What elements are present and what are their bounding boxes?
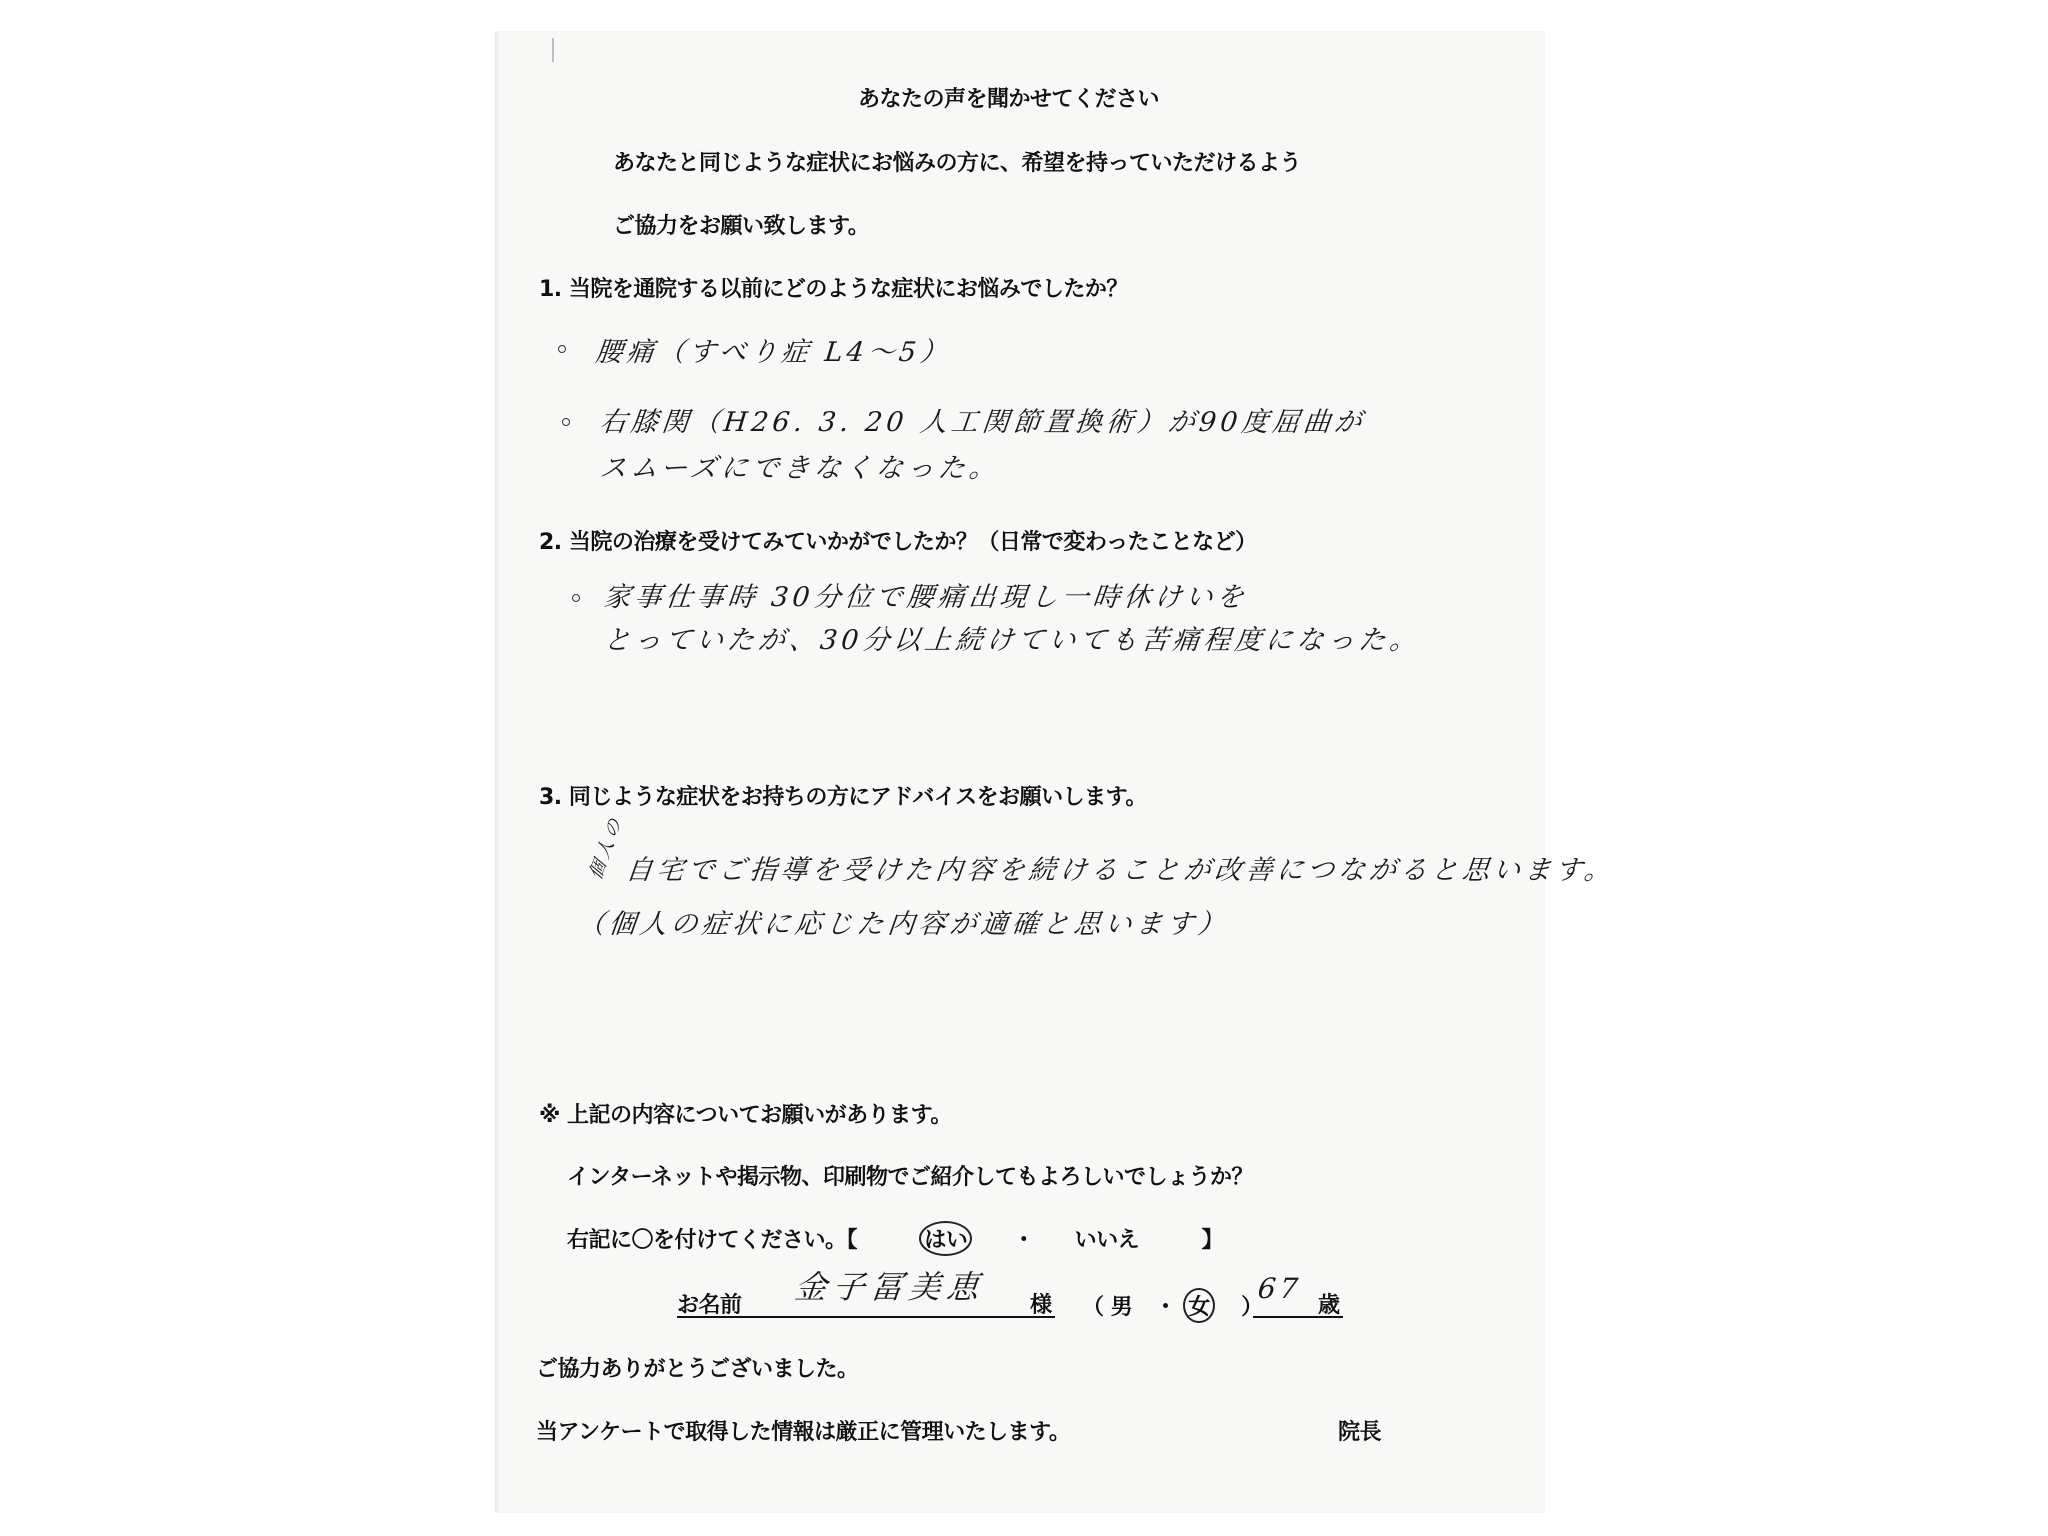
name-label: お名前 [677,1288,742,1319]
name-underline [677,1316,1055,1318]
bullet-icon [572,594,580,602]
name-value[interactable]: 金子冨美恵 [793,1262,988,1308]
consent-instruction: 右記に〇を付けてください。【 [567,1228,857,1253]
option-separator: ・ [1013,1228,1035,1253]
option-yes-selected[interactable]: はい [919,1221,972,1256]
thanks-text: ご協力ありがとうございました。 [536,1352,859,1383]
gender-dot: ・ [1155,1295,1177,1320]
answer-1-line-3: スムーズにできなくなった。 [598,446,1002,485]
answer-3-line-2: （個人の症状に応じた内容が適確と思います） [576,902,1231,941]
question-2-label: 2. 当院の治療を受けてみていかがでしたか？（日常で変わったことなど） [539,525,1257,556]
gender-row: （ 男 ・ 女 ） [1082,1288,1263,1323]
bracket-close: 】 [1201,1228,1223,1253]
document-title: あなたの声を聞かせてください [858,82,1159,113]
survey-paper [495,31,1545,1513]
director-signature: 院長 [1338,1415,1381,1446]
privacy-text: 当アンケートで取得した情報は厳正に管理いたします。 [536,1415,1070,1446]
question-3-label: 3. 同じような症状をお持ちの方にアドバイスをお願いします。 [539,780,1147,811]
publish-question: インターネットや掲示物、印刷物でご紹介してもよろしいでしょうか？ [567,1160,1253,1191]
age-value[interactable]: 67 [1256,1272,1303,1305]
option-no[interactable]: いいえ [1075,1228,1140,1253]
question-1-label: 1. 当院を通院する以前にどのような症状にお悩みでしたか？ [539,272,1128,303]
intro-line-2: ご協力をお願い致します。 [613,209,869,240]
age-unit: 歳 [1318,1288,1340,1319]
honorific: 様 [1030,1288,1052,1319]
answer-3-line-1: 自宅でご指導を受けた内容を続けることが改善につながると思います。 [624,848,1617,887]
bullet-icon [558,345,566,353]
answer-2-line-1: 家事仕事時 30分位で腰痛出現し一時休けいを [602,575,1250,614]
answer-1-line-2: 右膝関（H26. 3. 20 人工関節置換術）が90度屈曲が [598,400,1368,439]
paren-open: （ [1082,1295,1104,1320]
consent-row: 右記に〇を付けてください。【 はい ・ いいえ 】 [567,1221,1223,1256]
scan-mark [552,38,554,62]
request-heading: ※ 上記の内容についてお願いがあります。 [539,1098,952,1129]
bullet-icon [562,418,570,426]
gender-male[interactable]: 男 [1111,1295,1133,1320]
intro-line-1: あなたと同じような症状にお悩みの方に、希望を持っていただけるよう [613,146,1301,177]
answer-2-line-2: とっていたが、30分以上続けていても苦痛程度になった。 [602,618,1423,657]
gender-female-selected[interactable]: 女 [1183,1288,1215,1323]
answer-1-line-1: 腰痛（すべり症 L4〜5） [594,330,953,369]
